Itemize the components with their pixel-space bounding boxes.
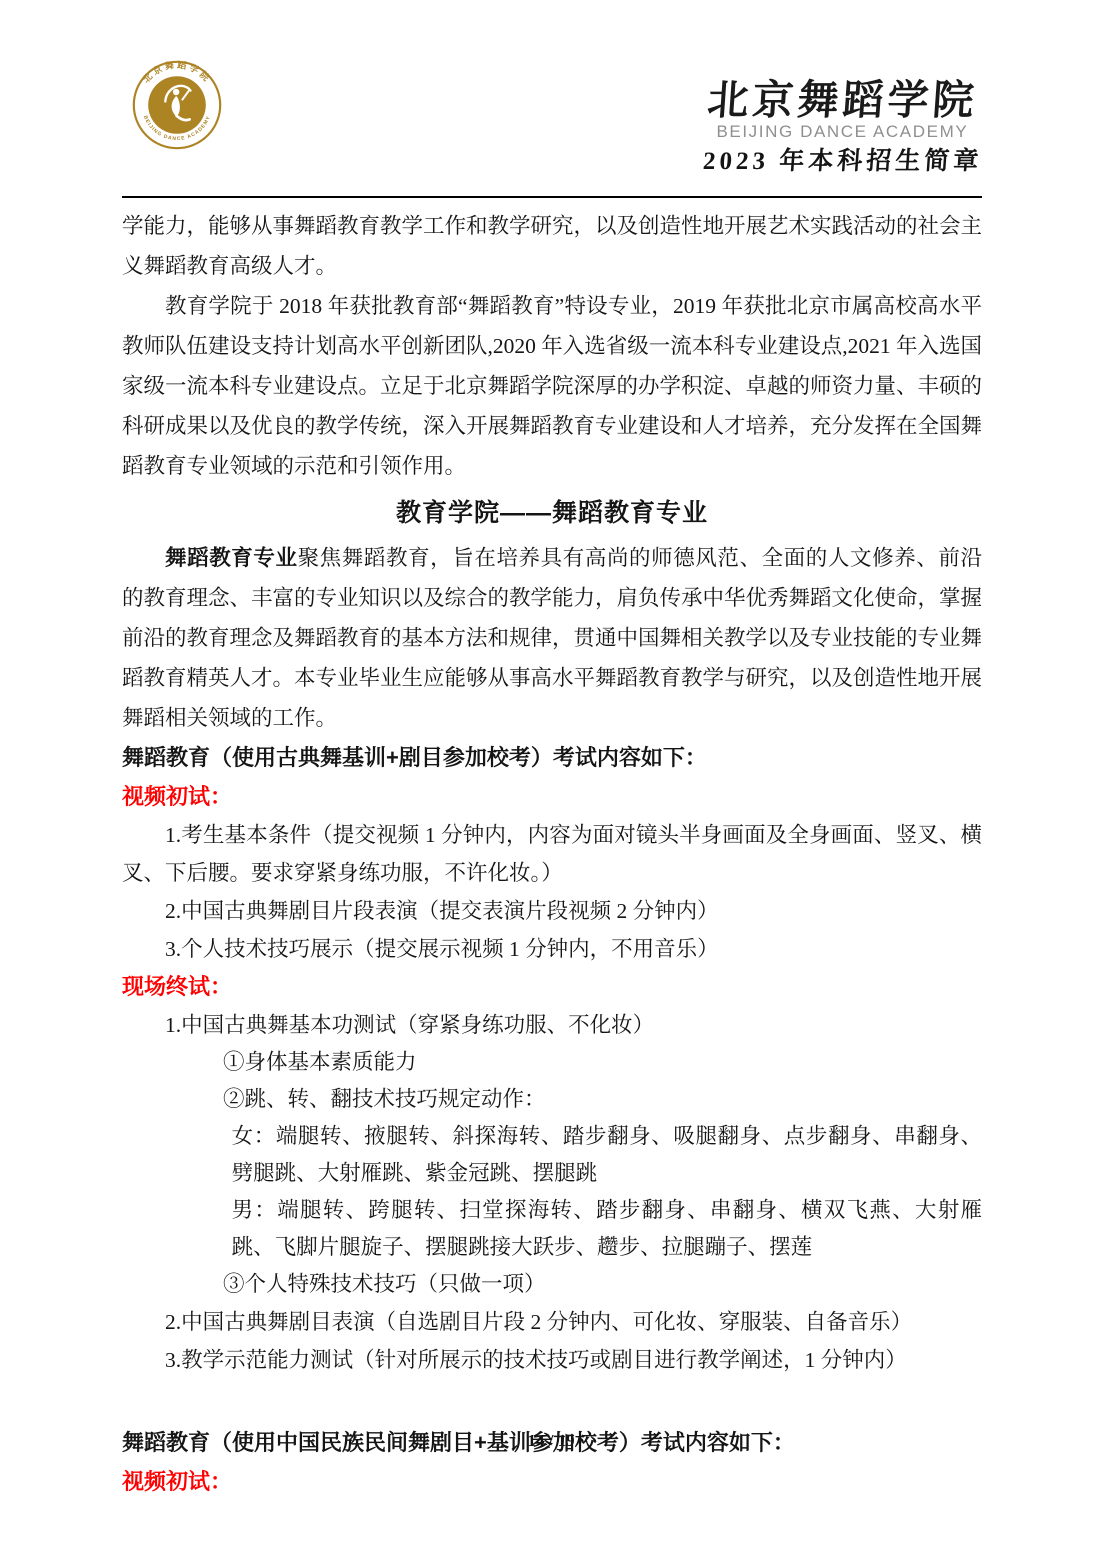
exam1-video-test-label: 视频初试：: [122, 778, 982, 816]
female-required-moves: 女：端腿转、掖腿转、斜探海转、踏步翻身、吸腿翻身、点步翻身、串翻身、劈腿跳、大射…: [122, 1118, 982, 1192]
exam1-video-item-2: 2.中国古典舞剧目片段表演（提交表演片段视频 2 分钟内）: [122, 892, 982, 930]
paragraph-continued: 学能力，能够从事舞蹈教育教学工作和教学研究，以及创造性地开展艺术实践活动的社会主…: [122, 206, 982, 286]
academy-name-cn: 北京舞蹈学院: [701, 78, 983, 122]
major-name-lead: 舞蹈教育专业: [165, 546, 298, 570]
male-required-moves: 男：端腿转、跨腿转、扫堂探海转、踏步翻身、串翻身、横双飞燕、大射雁跳、飞脚片腿旋…: [122, 1192, 982, 1266]
dancer-emblem-icon: 北京舞蹈学院 BEIJING DANCE ACADEMY: [132, 60, 222, 150]
paragraph-major-intro: 舞蹈教育专业聚焦舞蹈教育，旨在培养具有高尚的师德风范、全面的人文修养、前沿的教育…: [122, 538, 982, 738]
brochure-subtitle: 2023 年本科招生简章: [702, 147, 983, 177]
academy-name-en: BEIJING DANCE ACADEMY: [703, 122, 982, 142]
page-number: 14 / 19: [0, 1431, 1102, 1451]
exam2-video-test-label: 视频初试：: [122, 1463, 982, 1501]
exam1-final-sub-1: ①身体基本素质能力: [122, 1044, 982, 1081]
document-body: 学能力，能够从事舞蹈教育教学工作和教学研究，以及创造性地开展艺术实践活动的社会主…: [0, 198, 1102, 1501]
header-titles: 北京舞蹈学院 BEIJING DANCE ACADEMY 2023 年本科招生简…: [703, 78, 982, 177]
exam1-video-item-1: 1.考生基本条件（提交视频 1 分钟内，内容为面对镜头半身画面及全身画面、竖叉、…: [122, 816, 982, 892]
exam1-video-item-3: 3.个人技术技巧展示（提交展示视频 1 分钟内，不用音乐）: [122, 930, 982, 968]
exam1-final-item-2: 2.中国古典舞剧目表演（自选剧目片段 2 分钟内、可化妆、穿服装、自备音乐）: [122, 1303, 982, 1341]
exam1-heading: 舞蹈教育（使用古典舞基训+剧目参加校考）考试内容如下：: [122, 738, 982, 778]
exam1-final-item-3: 3.教学示范能力测试（针对所展示的技术技巧或剧目进行教学阐述，1 分钟内）: [122, 1341, 982, 1379]
document-page: 北京舞蹈学院 BEIJING DANCE ACADEMY 北京舞蹈学院 BEIJ…: [0, 0, 1102, 1559]
exam1-final-item-1: 1.中国古典舞基本功测试（穿紧身练功服、不化妆）: [122, 1006, 982, 1044]
page-header: 北京舞蹈学院 BEIJING DANCE ACADEMY 北京舞蹈学院 BEIJ…: [0, 0, 1102, 196]
exam1-final-sub-2: ②跳、转、翻技术技巧规定动作：: [122, 1081, 982, 1118]
exam1-final-sub-3: ③个人特殊技术技巧（只做一项）: [122, 1266, 982, 1303]
exam1-final-test-label: 现场终试：: [122, 968, 982, 1006]
major-intro-text: 聚焦舞蹈教育，旨在培养具有高尚的师德风范、全面的人文修养、前沿的教育理念、丰富的…: [122, 546, 982, 730]
paragraph-history: 教育学院于 2018 年获批教育部“舞蹈教育”特设专业，2019 年获批北京市属…: [122, 286, 982, 486]
section-heading: 教育学院——舞蹈教育专业: [122, 492, 982, 534]
academy-logo: 北京舞蹈学院 BEIJING DANCE ACADEMY: [132, 60, 222, 155]
